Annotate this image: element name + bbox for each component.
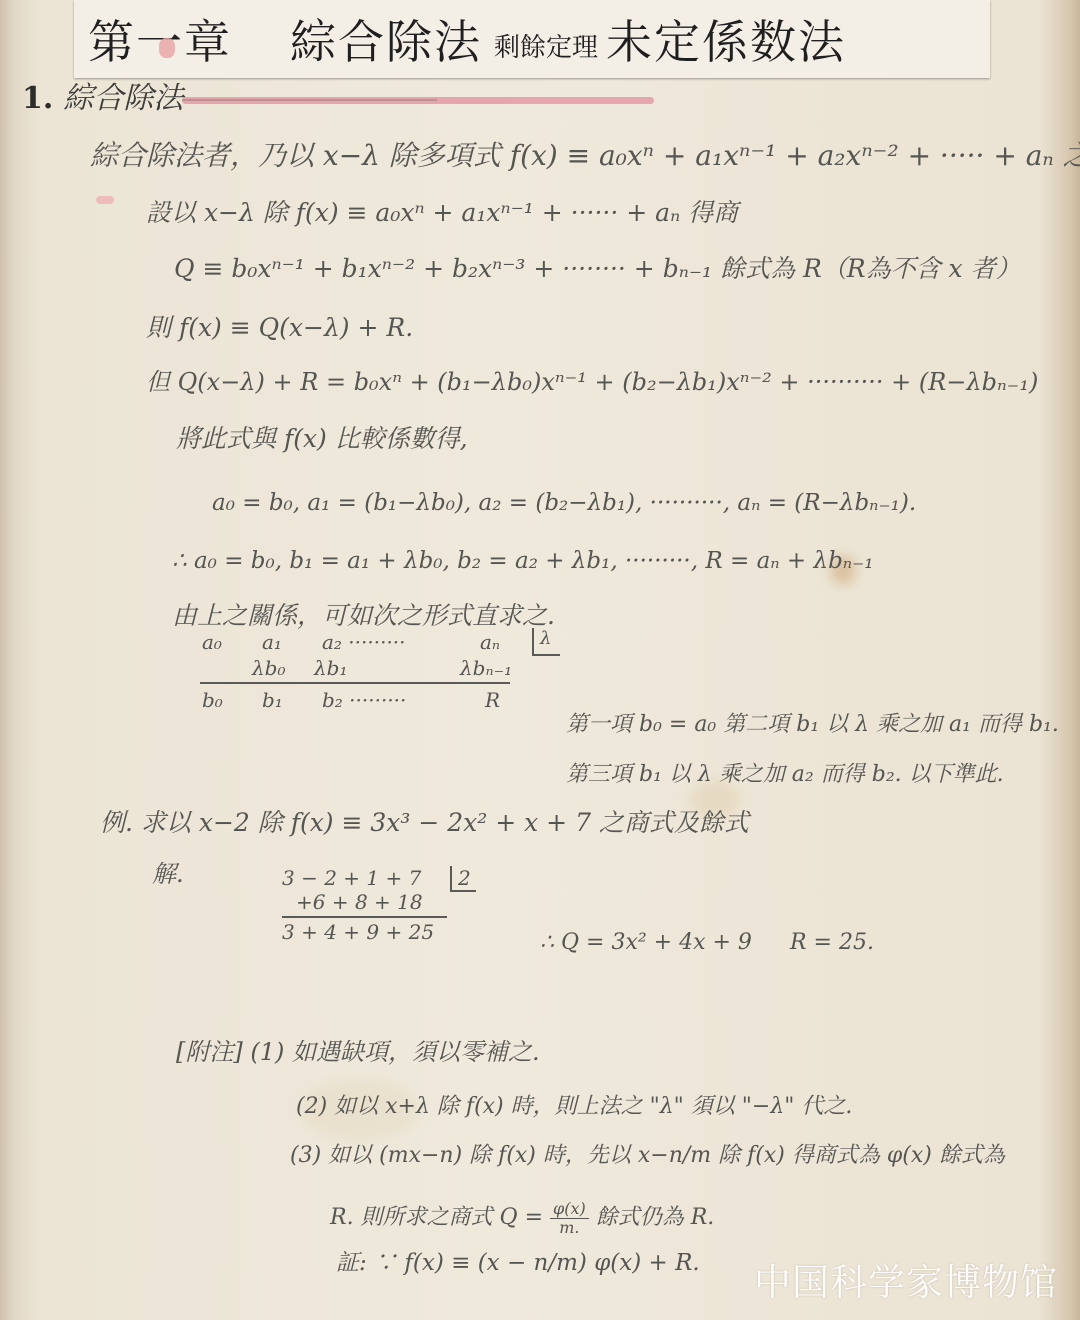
example-text: 求以 x−2 除 f(x) ≡ 3x³ − 2x² + x + 7 之商式及餘式 [141, 808, 749, 837]
synth-row-products: λb₀ λb₁ λbₙ₋₁ [200, 656, 560, 682]
identity-line: 則 f(x) ≡ Q(x−λ) + R. [146, 315, 413, 340]
synth-rule [200, 682, 510, 684]
title-remainder-theorem: 剩餘定理 [494, 27, 598, 64]
explanation-note: 第一項 b₀ = a₀ 第二項 b₁ 以 λ 乘之加 a₁ 而得 b₁. [566, 714, 1059, 736]
method-line: 由上之關係，可如次之形式直求之. [172, 603, 555, 628]
recurrence-equations: ∴ a₀ = b₀, b₁ = a₁ + λb₀, b₂ = a₂ + λb₁,… [172, 550, 874, 573]
expansion-line: 但 Q(x−λ) + R = b₀xⁿ + (b₁−λb₀)xⁿ⁻¹ + (b₂… [146, 370, 1038, 394]
example-label: 例. [100, 808, 133, 837]
appendix-note-2: (2) 如以 x+λ 除 f(x) 時，則上法之 "λ" 須以 "−λ" 代之. [296, 1096, 852, 1118]
appendix-note-3-cont: R. 則所求之商式 Q = φ(x) m. 餘式仍為 R. [330, 1200, 714, 1236]
example-rule [282, 916, 447, 918]
museum-watermark: 中国科学家博物馆 [754, 1252, 1058, 1306]
example-row-results: 3 + 4 + 9 + 25 [282, 920, 462, 944]
example-remainder: R = 25. [790, 932, 874, 954]
chapter-title-strip: 第一章 綜合除法 剩餘定理 未定係数法 [74, 0, 990, 78]
definition-line: 綜合除法者，乃以 x−λ 除多項式 f(x) ≡ a₀xⁿ + a₁xⁿ⁻¹ +… [90, 142, 1080, 170]
red-pencil-mark [96, 196, 114, 204]
title-undetermined-coefficients: 未定係数法 [606, 6, 846, 72]
red-pencil-mark [159, 38, 175, 58]
synth-row-coefficients: a₀ a₁ a₂ ········· aₙ λ [200, 630, 560, 656]
synth-row-results: b₀ b₁ b₂ ········· R [200, 688, 560, 714]
example-statement: 例. 求以 x−2 除 f(x) ≡ 3x³ − 2x² + x + 7 之商式… [100, 810, 749, 835]
fraction: φ(x) m. [550, 1200, 589, 1236]
appendix-note-1: [附注] (1) 如遇缺項，須以零補之. [176, 1040, 540, 1064]
red-underline [182, 97, 654, 104]
example-row-products: +6 + 8 + 18 [282, 890, 462, 914]
quotient-line: Q ≡ b₀xⁿ⁻¹ + b₁xⁿ⁻² + b₂xⁿ⁻³ + ········ … [174, 256, 1021, 281]
compare-line: 將此式與 f(x) 比較係數得, [176, 426, 468, 451]
appendix-note-3: (3) 如以 (mx−n) 除 f(x) 時，先以 x−n/m 除 f(x) 得… [290, 1145, 1005, 1167]
coefficient-equations: a₀ = b₀, a₁ = (b₁−λb₀), a₂ = (b₂−λb₁), ·… [212, 492, 916, 515]
section-number: 1. [22, 81, 53, 116]
divisor-bracket: λ [532, 628, 560, 656]
section-heading: 1.綜合除法 [22, 84, 183, 114]
chapter-number: 第一章 [88, 6, 232, 72]
section-title: 綜合除法 [63, 81, 183, 116]
setup-line: 設以 x−λ 除 f(x) ≡ a₀xⁿ + a₁xⁿ⁻¹ + ······ +… [146, 200, 738, 225]
synthetic-division-example: 3 − 2 + 1 + 7 +6 + 8 + 18 3 + 4 + 9 + 25… [282, 866, 462, 944]
appendix-label: [附注] [176, 1038, 243, 1066]
example-quotient: ∴ Q = 3x² + 4x + 9 [540, 932, 752, 954]
title-synthetic-division: 綜合除法 [290, 6, 482, 72]
example-divisor-bracket: 2 [450, 866, 476, 892]
solution-label: 解. [152, 862, 184, 886]
proof-line: 証: ∵ f(x) ≡ (x − n/m) φ(x) + R. [336, 1252, 700, 1275]
explanation-note: 第三項 b₁ 以 λ 乘之加 a₂ 而得 b₂. 以下準此. [566, 764, 1004, 786]
example-row-coefficients: 3 − 2 + 1 + 7 [282, 866, 462, 890]
synthetic-division-general: a₀ a₁ a₂ ········· aₙ λ λb₀ λb₁ λbₙ₋₁ b₀… [200, 630, 560, 714]
